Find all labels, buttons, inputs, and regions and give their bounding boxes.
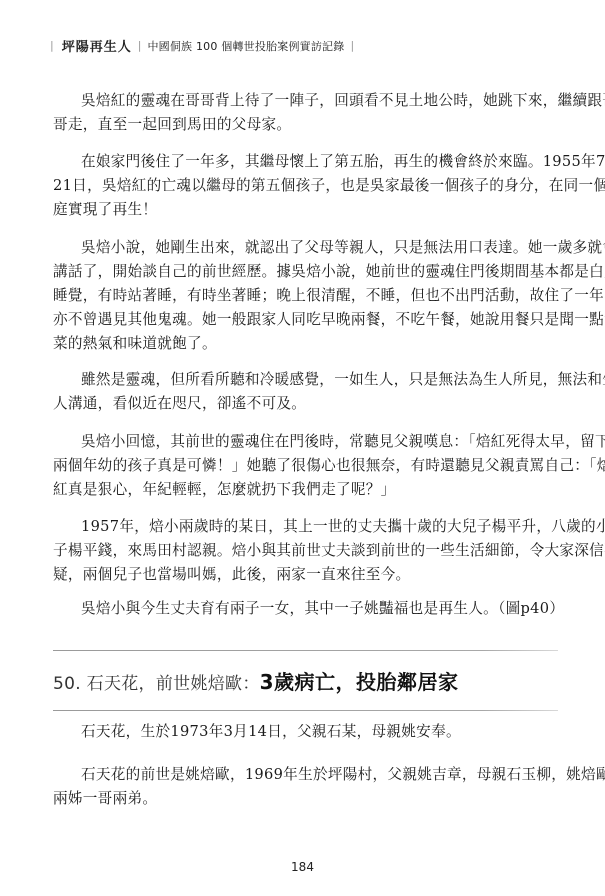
header-separator: | — [138, 39, 142, 52]
text-line: 兩個年幼的孩子真是可憐！」她聽了很傷心也很無奈，有時還聽見父親責罵自己：「焙 — [53, 454, 559, 478]
paragraph: 吳焙小說，她剛生出來，就認出了父母等親人，只是無法用口表達。她一歲多就會 講話了… — [53, 236, 559, 356]
running-header: | 坪陽再生人 | 中國侗族 100 個轉世投胎案例實訪記錄 | — [50, 36, 360, 55]
paragraph: 吳焙紅的靈魂在哥哥背上待了一陣子，回頭看不見土地公時，她跳下來，繼續跟哥 哥走，… — [53, 89, 559, 137]
text-line: 疑，兩個兒子也當場叫媽，此後，兩家一直來往至今。 — [53, 563, 559, 587]
text-line: 石天花的前世是姚焙歐，1969年生於坪陽村，父親姚吉章，母親石玉柳，姚焙歐有 — [53, 763, 559, 787]
text-line: 子楊平錢，來馬田村認親。焙小與其前世丈夫談到前世的一些生活細節，令大家深信不 — [53, 539, 559, 563]
text-line: 兩姊一哥兩弟。 — [53, 787, 559, 811]
paragraph: 雖然是靈魂，但所看所聽和冷暖感覺，一如生人，只是無法為生人所見，無法和生 人溝通… — [53, 368, 559, 416]
header-separator: | — [50, 39, 54, 52]
text-line: 紅真是狠心，年紀輕輕，怎麼就扔下我們走了呢？」 — [53, 478, 559, 502]
section-headline: 3歲病亡，投胎鄰居家 — [260, 666, 459, 695]
header-separator: | — [350, 39, 354, 52]
paragraph: 吳焙小與今生丈夫育有兩子一女，其中一子姚豔福也是再生人。（圖p40） — [53, 597, 559, 621]
text-line: 石天花，生於1973年3月14日，父親石某，母親姚安奉。 — [53, 720, 559, 744]
paragraph: 吳焙小回憶，其前世的靈魂住在門後時，常聽見父親嘆息：「焙紅死得太早，留下 兩個年… — [53, 430, 559, 502]
text-line: 吳焙小與今生丈夫育有兩子一女，其中一子姚豔福也是再生人。（圖p40） — [53, 597, 559, 621]
paragraph: 石天花，生於1973年3月14日，父親石某，母親姚安奉。 — [53, 720, 559, 744]
text-line: 21日，吳焙紅的亡魂以繼母的第五個孩子，也是吳家最後一個孩子的身分，在同一個家 — [53, 174, 559, 198]
book-title: 坪陽再生人 — [62, 36, 132, 55]
section-title: 50. 石天花，前世姚焙歐： 3歲病亡，投胎鄰居家 — [53, 666, 459, 695]
book-subtitle: 中國侗族 100 個轉世投胎案例實訪記錄 — [147, 38, 344, 54]
text-line: 菜的熱氣和味道就飽了。 — [53, 332, 559, 356]
text-line: 吳焙小說，她剛生出來，就認出了父母等親人，只是無法用口表達。她一歲多就會 — [53, 236, 559, 260]
text-line: 雖然是靈魂，但所看所聽和冷暖感覺，一如生人，只是無法為生人所見，無法和生 — [53, 368, 559, 392]
text-line: 1957年，焙小兩歲時的某日，其上一世的丈夫攜十歲的大兒子楊平升，八歲的小兒 — [53, 515, 559, 539]
page-number: 184 — [0, 860, 605, 874]
section-rule-top — [53, 650, 558, 651]
text-line: 庭實現了再生！ — [53, 198, 559, 222]
text-line: 吳焙小回憶，其前世的靈魂住在門後時，常聽見父親嘆息：「焙紅死得太早，留下 — [53, 430, 559, 454]
text-line: 人溝通，看似近在咫尺，卻遙不可及。 — [53, 392, 559, 416]
text-line: 哥走，直至一起回到馬田的父母家。 — [53, 113, 559, 137]
text-line: 講話了，開始談自己的前世經歷。據吳焙小說，她前世的靈魂住門後期間基本都是白天 — [53, 260, 559, 284]
paragraph: 在娘家門後住了一年多，其繼母懷上了第五胎，再生的機會終於來臨。1955年7月 2… — [53, 150, 559, 222]
text-line: 吳焙紅的靈魂在哥哥背上待了一陣子，回頭看不見土地公時，她跳下來，繼續跟哥 — [53, 89, 559, 113]
section-rule-bottom — [53, 710, 558, 711]
paragraph: 1957年，焙小兩歲時的某日，其上一世的丈夫攜十歲的大兒子楊平升，八歲的小兒 子… — [53, 515, 559, 587]
section-number-name: 50. 石天花，前世姚焙歐： — [53, 669, 260, 694]
text-line: 亦不曾遇見其他鬼魂。她一般跟家人同吃早晚兩餐，不吃午餐，她說用餐只是聞一點飯 — [53, 308, 559, 332]
text-line: 睡覺，有時站著睡，有時坐著睡；晚上很清醒，不睡，但也不出門活動，故住了一年多 — [53, 284, 559, 308]
paragraph: 石天花的前世是姚焙歐，1969年生於坪陽村，父親姚吉章，母親石玉柳，姚焙歐有 兩… — [53, 763, 559, 811]
text-line: 在娘家門後住了一年多，其繼母懷上了第五胎，再生的機會終於來臨。1955年7月 — [53, 150, 559, 174]
